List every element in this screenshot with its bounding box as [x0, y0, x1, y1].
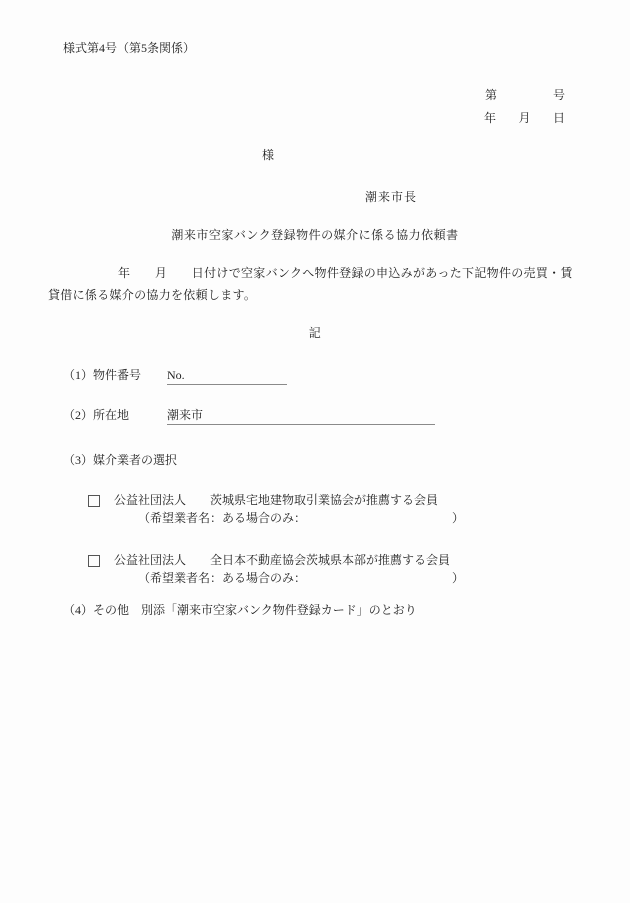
option2-sub-close-paren: ）	[452, 572, 464, 584]
addressee-honorific: 様	[262, 149, 274, 161]
option1-label: 公益社団法人 茨城県宅地建物取引業協会が推薦する会員	[114, 494, 438, 506]
property-number-field[interactable]: No.	[167, 369, 287, 385]
option1-sub-close-paren: ）	[452, 512, 464, 524]
location-label: （2）所在地	[63, 409, 129, 421]
date-year-label: 年	[484, 112, 496, 124]
option2-label: 公益社団法人 全日本不動産協会茨城県本部が推薦する会員	[114, 554, 450, 566]
broker-selection-label: （3）媒介業者の選択	[63, 454, 177, 466]
document-number-suffix: 号	[553, 89, 565, 101]
date-line: 年 月 日	[484, 112, 565, 124]
document-page: 様式第4号（第5条関係） 第 号 年 月 日 様 潮来市長 潮来市空家バンク登録…	[0, 0, 630, 903]
record-marker: 記	[0, 327, 630, 339]
option2-checkbox[interactable]	[88, 555, 100, 567]
option1-sub-label: （希望業者名：ある場合のみ：	[138, 512, 306, 524]
date-month-label: 月	[518, 112, 530, 124]
location-field[interactable]: 潮来市	[167, 409, 435, 425]
body-text-line2: 貸借に係る媒介の協力を依頼します。	[48, 289, 256, 301]
document-number-line: 第 号	[485, 89, 565, 101]
option2-sub-label: （希望業者名：ある場合のみ：	[138, 572, 306, 584]
document-number-prefix: 第	[485, 89, 497, 101]
form-style-label: 様式第4号（第5条関係）	[63, 42, 195, 54]
body-text-line1: 年 月 日付けで空家バンクへ物件登録の申込みがあった下記物件の売買・賃	[48, 267, 573, 279]
option1-preferred-broker-field[interactable]: （希望業者名：ある場合のみ： ）	[138, 512, 464, 524]
option2-preferred-broker-field[interactable]: （希望業者名：ある場合のみ： ）	[138, 572, 464, 584]
option1-checkbox[interactable]	[88, 495, 100, 507]
property-number-label: （1）物件番号	[63, 369, 141, 381]
document-title: 潮来市空家バンク登録物件の媒介に係る協力依頼書	[0, 229, 630, 241]
sender-title: 潮来市長	[365, 191, 417, 203]
date-day-label: 日	[553, 112, 565, 124]
other-label: （4）その他 別添「潮来市空家バンク物件登録カード」のとおり	[63, 604, 417, 616]
